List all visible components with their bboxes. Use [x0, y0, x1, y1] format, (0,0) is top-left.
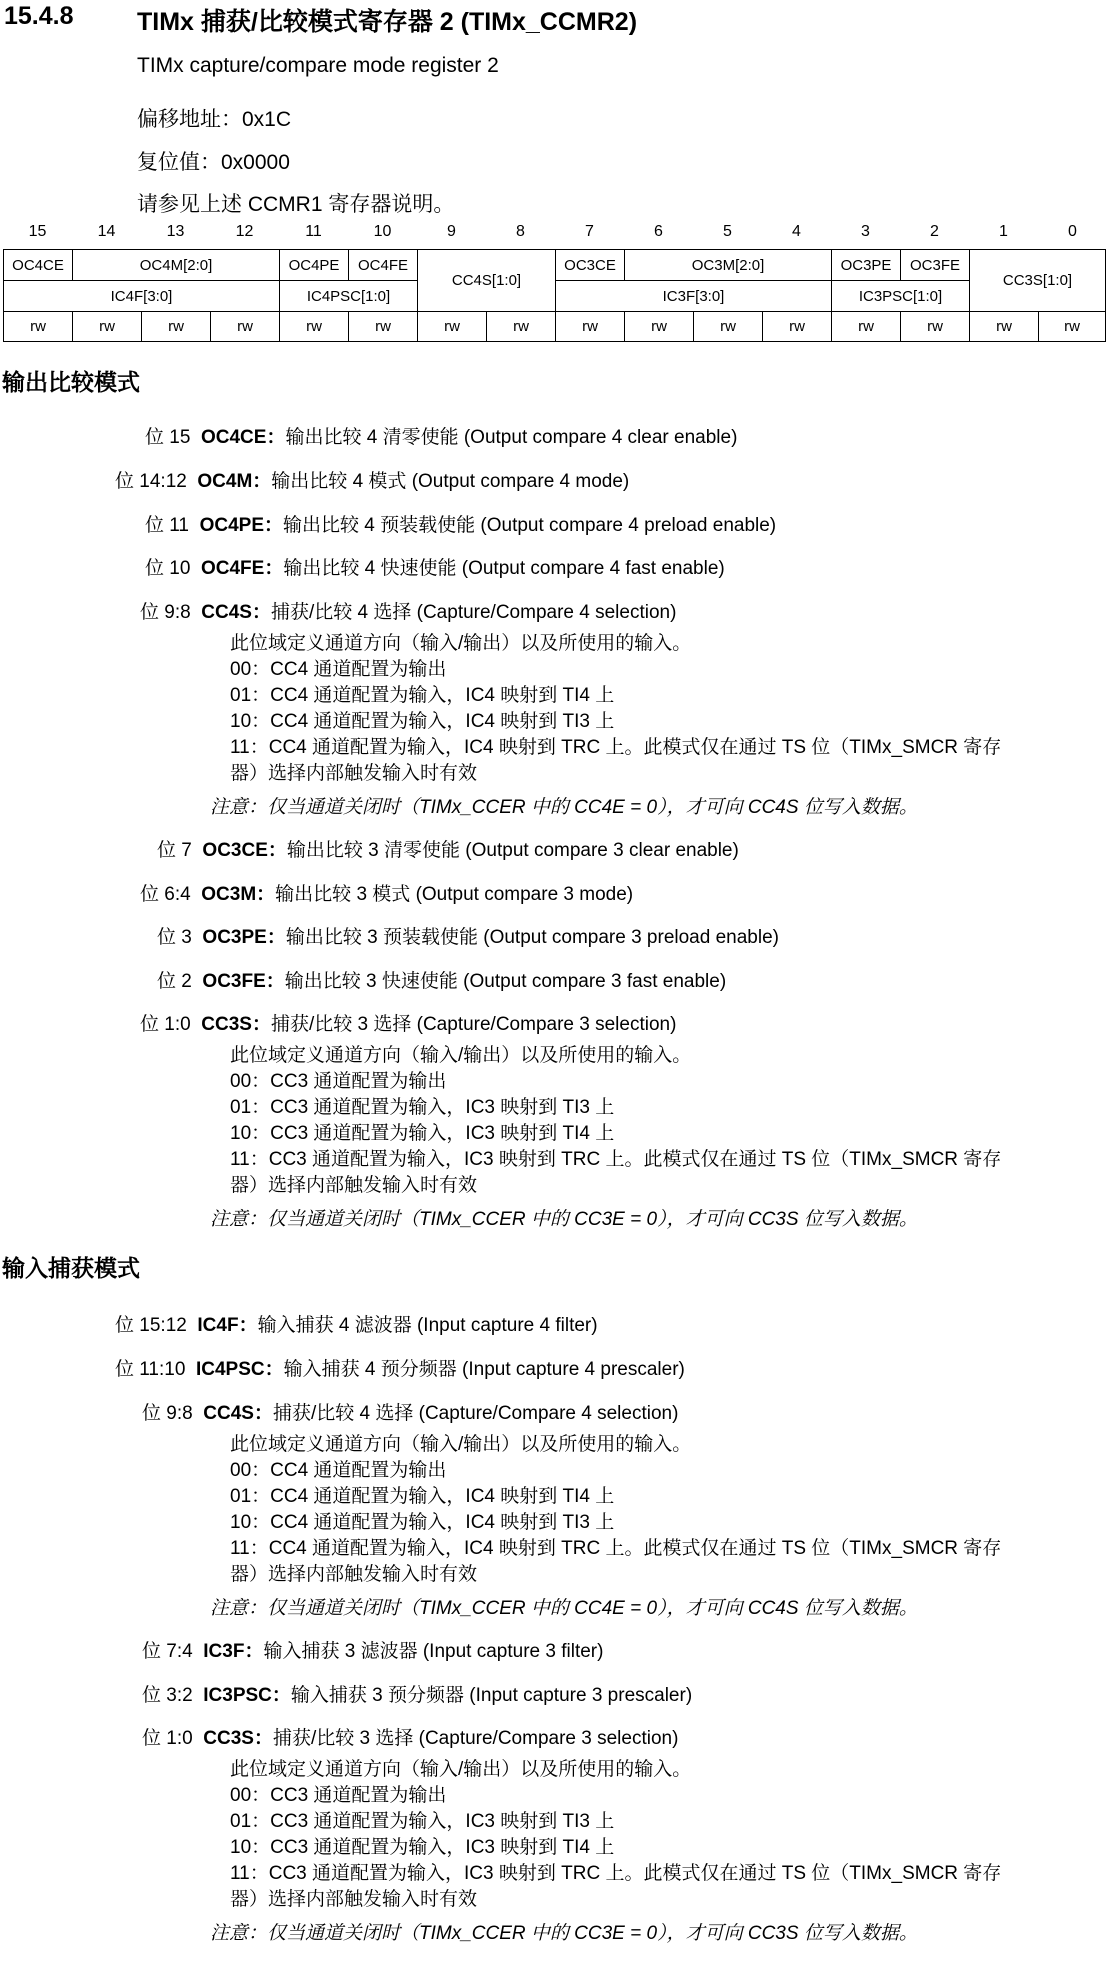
access-cell: rw — [762, 311, 832, 342]
bit-position: 位 15:12 — [115, 1310, 187, 1337]
access-cell: rw — [141, 311, 211, 342]
bit-number: 6 — [624, 223, 693, 241]
bit-number: 14 — [72, 223, 141, 241]
access-cell: rw — [900, 311, 970, 342]
access-cell: rw — [969, 311, 1039, 342]
bit-desc-ic3psc: 位 3:2 IC3PSC：输入捕获 3 预分频器 (Input capture … — [142, 1680, 692, 1707]
bit-number: 5 — [693, 223, 762, 241]
detail-line: 00：CC4 通道配置为输出 — [230, 1458, 1001, 1484]
bit-number: 2 — [900, 223, 969, 241]
field-cell-oc3m: OC3M[2:0] — [624, 249, 832, 281]
field-cell-ic4psc: IC4PSC[1:0] — [279, 280, 418, 312]
cc3s-details: 此位域定义通道方向（输入/输出）以及所使用的输入。 00：CC3 通道配置为输出… — [230, 1043, 1001, 1199]
bit-position: 位 15 — [145, 422, 190, 449]
field-cell-oc4ce: OC4CE — [3, 249, 73, 281]
bit-position: 位 7:4 — [142, 1636, 193, 1663]
section-number: 15.4.8 — [4, 2, 74, 31]
detail-line: 01：CC4 通道配置为输入，IC4 映射到 TI4 上 — [230, 1484, 1001, 1510]
field-cell-ic4f: IC4F[3:0] — [3, 280, 280, 312]
bit-number: 3 — [831, 223, 900, 241]
detail-line: 11：CC4 通道配置为输入，IC4 映射到 TRC 上。此模式仅在通过 TS … — [230, 735, 1001, 761]
field-description: 输入捕获 4 预分频器 (Input capture 4 prescaler) — [284, 1359, 685, 1380]
field-name: IC4PSC： — [196, 1359, 284, 1380]
access-cell: rw — [72, 311, 142, 342]
detail-line: 此位域定义通道方向（输入/输出）以及所使用的输入。 — [230, 1757, 1001, 1783]
access-cell: rw — [3, 311, 73, 342]
detail-line: 01：CC3 通道配置为输入，IC3 映射到 TI3 上 — [230, 1095, 1001, 1121]
detail-line: 器）选择内部触发输入时有效 — [230, 1173, 1001, 1199]
access-cell: rw — [831, 311, 901, 342]
field-description: 捕获/比较 4 选择 (Capture/Compare 4 selection) — [271, 602, 676, 623]
detail-line: 器）选择内部触发输入时有效 — [230, 1887, 1001, 1913]
access-cell: rw — [279, 311, 349, 342]
bit-position: 位 3:2 — [142, 1680, 193, 1707]
field-name: CC3S： — [203, 1728, 273, 1749]
field-name: OC3CE： — [202, 840, 286, 861]
bit-desc-ic3f: 位 7:4 IC3F：输入捕获 3 滤波器 (Input capture 3 f… — [142, 1636, 603, 1663]
bit-position: 位 7 — [157, 835, 192, 862]
field-description: 输入捕获 3 滤波器 (Input capture 3 filter) — [263, 1641, 603, 1662]
detail-line: 此位域定义通道方向（输入/输出）以及所使用的输入。 — [230, 1432, 1001, 1458]
field-name: OC3PE： — [202, 927, 285, 948]
field-description: 输入捕获 4 滤波器 (Input capture 4 filter) — [258, 1315, 598, 1336]
detail-line: 01：CC3 通道配置为输入，IC3 映射到 TI3 上 — [230, 1809, 1001, 1835]
bit-position: 位 14:12 — [115, 466, 187, 493]
bit-position: 位 10 — [145, 553, 190, 580]
field-name: CC4S： — [201, 602, 271, 623]
bit-number: 9 — [417, 223, 486, 241]
cc4s-note: 注意：仅当通道关闭时（TIMx_CCER 中的 CC4E = 0），才可向 CC… — [210, 792, 918, 819]
field-description: 输出比较 3 快速使能 (Output compare 3 fast enabl… — [285, 971, 726, 992]
detail-line: 01：CC4 通道配置为输入，IC4 映射到 TI4 上 — [230, 683, 1001, 709]
bit-desc-ic4f: 位 15:12 IC4F：输入捕获 4 滤波器 (Input capture 4… — [115, 1310, 598, 1337]
english-title: TIMx capture/compare mode register 2 — [137, 54, 499, 78]
field-description: 输出比较 4 快速使能 (Output compare 4 fast enabl… — [283, 558, 724, 579]
bit-number: 10 — [348, 223, 417, 241]
section-heading-output-compare: 输出比较模式 — [2, 364, 140, 397]
access-cell: rw — [555, 311, 625, 342]
field-cell-oc3pe: OC3PE — [831, 249, 901, 281]
bit-number: 15 — [3, 223, 72, 241]
detail-line: 11：CC4 通道配置为输入，IC4 映射到 TRC 上。此模式仅在通过 TS … — [230, 1536, 1001, 1562]
field-cell-ic3psc: IC3PSC[1:0] — [831, 280, 970, 312]
bit-desc-ic4psc: 位 11:10 IC4PSC：输入捕获 4 预分频器 (Input captur… — [115, 1354, 685, 1381]
detail-line: 00：CC3 通道配置为输出 — [230, 1069, 1001, 1095]
bit-position: 位 9:8 — [142, 1398, 193, 1425]
bit-number: 12 — [210, 223, 279, 241]
cc4s-details: 此位域定义通道方向（输入/输出）以及所使用的输入。 00：CC4 通道配置为输出… — [230, 631, 1001, 787]
bit-number: 4 — [762, 223, 831, 241]
ic-cc4s-note: 注意：仅当通道关闭时（TIMx_CCER 中的 CC4E = 0），才可向 CC… — [210, 1593, 918, 1620]
bit-number-row: 15 14 13 12 11 10 9 8 7 6 5 4 3 2 1 0 — [3, 223, 1106, 245]
cc3s-note: 注意：仅当通道关闭时（TIMx_CCER 中的 CC3E = 0），才可向 CC… — [210, 1204, 918, 1231]
bit-desc-oc3fe: 位 2 OC3FE：输出比较 3 快速使能 (Output compare 3 … — [157, 966, 726, 993]
reset-value: 复位值：0x0000 — [137, 146, 290, 176]
field-name: OC3M： — [201, 884, 275, 905]
bit-number: 7 — [555, 223, 624, 241]
field-description: 输出比较 4 预装载使能 (Output compare 4 preload e… — [283, 515, 776, 536]
detail-line: 00：CC3 通道配置为输出 — [230, 1783, 1001, 1809]
bit-position: 位 11:10 — [115, 1354, 185, 1381]
bit-desc-cc3s: 位 1:0 CC3S：捕获/比较 3 选择 (Capture/Compare 3… — [140, 1009, 676, 1036]
access-cell: rw — [1038, 311, 1106, 342]
ic-cc3s-details: 此位域定义通道方向（输入/输出）以及所使用的输入。 00：CC3 通道配置为输出… — [230, 1757, 1001, 1913]
field-name: OC4PE： — [200, 515, 283, 536]
section-heading-input-capture: 输入捕获模式 — [2, 1250, 140, 1283]
detail-line: 10：CC3 通道配置为输入，IC3 映射到 TI4 上 — [230, 1835, 1001, 1861]
bit-position: 位 2 — [157, 966, 192, 993]
field-cell-oc4m: OC4M[2:0] — [72, 249, 280, 281]
bit-desc-ic-cc4s: 位 9:8 CC4S：捕获/比较 4 选择 (Capture/Compare 4… — [142, 1398, 678, 1425]
field-description: 输入捕获 3 预分频器 (Input capture 3 prescaler) — [291, 1685, 692, 1706]
field-description: 输出比较 3 预装载使能 (Output compare 3 preload e… — [286, 927, 779, 948]
bit-desc-oc4m: 位 14:12 OC4M：输出比较 4 模式 (Output compare 4… — [115, 466, 629, 493]
bit-number: 8 — [486, 223, 555, 241]
detail-line: 10：CC4 通道配置为输入，IC4 映射到 TI3 上 — [230, 709, 1001, 735]
access-cell: rw — [417, 311, 487, 342]
detail-line: 10：CC3 通道配置为输入，IC3 映射到 TI4 上 — [230, 1121, 1001, 1147]
detail-line: 11：CC3 通道配置为输入，IC3 映射到 TRC 上。此模式仅在通过 TS … — [230, 1147, 1001, 1173]
page-title: TIMx 捕获/比较模式寄存器 2 (TIMx_CCMR2) — [137, 2, 637, 38]
field-description: 输出比较 3 清零使能 (Output compare 3 clear enab… — [287, 840, 739, 861]
field-description: 捕获/比较 3 选择 (Capture/Compare 3 selection) — [273, 1728, 678, 1749]
field-cell-cc4s: CC4S[1:0] — [417, 249, 556, 312]
bit-number: 1 — [969, 223, 1038, 241]
access-cell: rw — [693, 311, 763, 342]
field-name: IC3F： — [203, 1641, 263, 1662]
bit-number: 11 — [279, 223, 348, 241]
detail-line: 器）选择内部触发输入时有效 — [230, 1562, 1001, 1588]
detail-line: 器）选择内部触发输入时有效 — [230, 761, 1001, 787]
field-name: OC4CE： — [201, 427, 285, 448]
bit-desc-oc3ce: 位 7 OC3CE：输出比较 3 清零使能 (Output compare 3 … — [157, 835, 739, 862]
bit-desc-oc4pe: 位 11 OC4PE：输出比较 4 预装载使能 (Output compare … — [145, 510, 776, 537]
field-description: 捕获/比较 4 选择 (Capture/Compare 4 selection) — [273, 1403, 678, 1424]
field-cell-oc4fe: OC4FE — [348, 249, 418, 281]
field-name: IC4F： — [197, 1315, 257, 1336]
field-description: 输出比较 4 清零使能 (Output compare 4 clear enab… — [285, 427, 737, 448]
detail-line: 00：CC4 通道配置为输出 — [230, 657, 1001, 683]
field-cell-oc4pe: OC4PE — [279, 249, 349, 281]
bit-position: 位 3 — [157, 922, 192, 949]
field-name: OC4FE： — [201, 558, 283, 579]
see-also-note: 请参见上述 CCMR1 寄存器说明。 — [137, 188, 454, 218]
field-name: OC4M： — [197, 471, 271, 492]
detail-line: 此位域定义通道方向（输入/输出）以及所使用的输入。 — [230, 631, 1001, 657]
field-description: 捕获/比较 3 选择 (Capture/Compare 3 selection) — [271, 1014, 676, 1035]
register-map-table: OC4CE OC4M[2:0] OC4PE OC4FE CC4S[1:0] OC… — [3, 249, 1106, 342]
bit-number: 0 — [1038, 223, 1107, 241]
bit-desc-oc3pe: 位 3 OC3PE：输出比较 3 预装载使能 (Output compare 3… — [157, 922, 779, 949]
detail-line: 11：CC3 通道配置为输入，IC3 映射到 TRC 上。此模式仅在通过 TS … — [230, 1861, 1001, 1887]
bit-position: 位 1:0 — [140, 1009, 191, 1036]
field-cell-ic3f: IC3F[3:0] — [555, 280, 832, 312]
field-description: 输出比较 3 模式 (Output compare 3 mode) — [275, 884, 633, 905]
bit-position: 位 6:4 — [140, 879, 191, 906]
access-cell: rw — [210, 311, 280, 342]
field-name: CC4S： — [203, 1403, 273, 1424]
bit-desc-oc4ce: 位 15 OC4CE：输出比较 4 清零使能 (Output compare 4… — [145, 422, 737, 449]
ic-cc3s-note: 注意：仅当通道关闭时（TIMx_CCER 中的 CC3E = 0），才可向 CC… — [210, 1918, 918, 1945]
bit-desc-ic-cc3s: 位 1:0 CC3S：捕获/比较 3 选择 (Capture/Compare 3… — [142, 1723, 678, 1750]
field-name: CC3S： — [201, 1014, 271, 1035]
field-cell-oc3fe: OC3FE — [900, 249, 970, 281]
access-cell: rw — [486, 311, 556, 342]
detail-line: 10：CC4 通道配置为输入，IC4 映射到 TI3 上 — [230, 1510, 1001, 1536]
field-name: OC3FE： — [202, 971, 284, 992]
bit-desc-oc3m: 位 6:4 OC3M：输出比较 3 模式 (Output compare 3 m… — [140, 879, 633, 906]
field-cell-oc3ce: OC3CE — [555, 249, 625, 281]
bit-position: 位 1:0 — [142, 1723, 193, 1750]
offset-address: 偏移地址：0x1C — [137, 103, 291, 133]
access-cell: rw — [624, 311, 694, 342]
bit-desc-oc4fe: 位 10 OC4FE：输出比较 4 快速使能 (Output compare 4… — [145, 553, 725, 580]
access-cell: rw — [348, 311, 418, 342]
bit-position: 位 9:8 — [140, 597, 191, 624]
bit-number: 13 — [141, 223, 210, 241]
ic-cc4s-details: 此位域定义通道方向（输入/输出）以及所使用的输入。 00：CC4 通道配置为输出… — [230, 1432, 1001, 1588]
bit-desc-cc4s: 位 9:8 CC4S：捕获/比较 4 选择 (Capture/Compare 4… — [140, 597, 676, 624]
field-name: IC3PSC： — [203, 1685, 291, 1706]
field-cell-cc3s: CC3S[1:0] — [969, 249, 1106, 312]
detail-line: 此位域定义通道方向（输入/输出）以及所使用的输入。 — [230, 1043, 1001, 1069]
field-description: 输出比较 4 模式 (Output compare 4 mode) — [271, 471, 629, 492]
bit-position: 位 11 — [145, 510, 189, 537]
